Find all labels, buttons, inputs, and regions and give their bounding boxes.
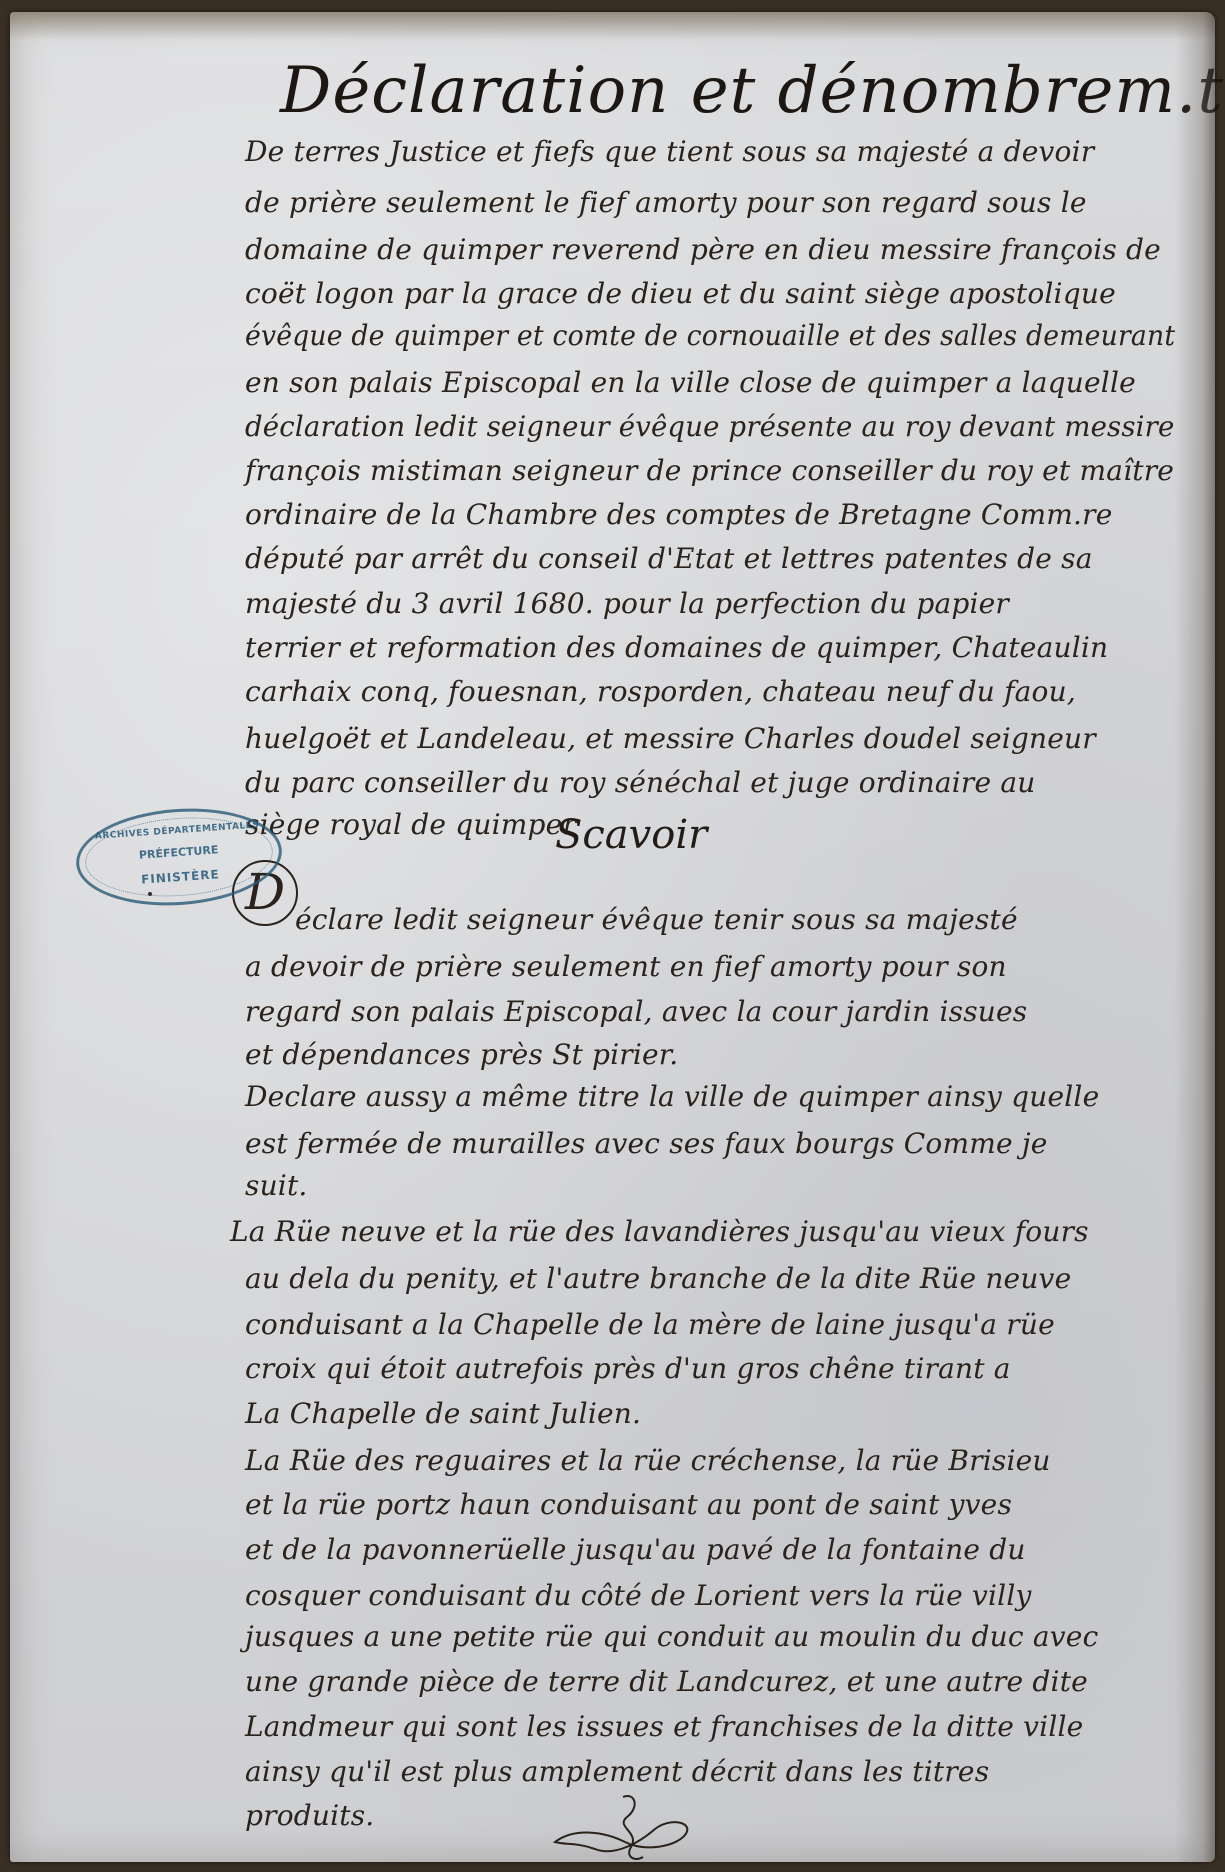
manuscript-line: ainsy qu'il est plus amplement décrit da… — [245, 1755, 989, 1788]
manuscript-line: et de la pavonnerüelle jusqu'au pavé de … — [245, 1533, 1026, 1566]
manuscript-line: produits. — [245, 1799, 374, 1832]
manuscript-line: coët logon par la grace de dieu et du sa… — [245, 277, 1116, 310]
manuscript-line: majesté du 3 avril 1680. pour la perfect… — [245, 587, 1009, 620]
manuscript-line: De terres Justice et fiefs que tient sou… — [245, 135, 1094, 168]
manuscript-line: de prière seulement le fief amorty pour … — [245, 186, 1087, 219]
manuscript-line: La Rüe neuve et la rüe des lavandières j… — [230, 1215, 1089, 1248]
manuscript-line: en son palais Episcopal en la ville clos… — [245, 366, 1136, 399]
manuscript-line: domaine de quimper reverend père en dieu… — [245, 233, 1161, 266]
manuscript-line: siège royal de quimper — [245, 808, 576, 841]
manuscript-line: regard son palais Episcopal, avec la cou… — [245, 995, 1027, 1028]
manuscript-line: évêque de quimper et comte de cornouaill… — [245, 319, 1175, 352]
manuscript-line: Landmeur qui sont les issues et franchis… — [245, 1710, 1083, 1743]
manuscript-line: conduisant a la Chapelle de la mère de l… — [245, 1308, 1055, 1341]
manuscript-line: a devoir de prière seulement en fief amo… — [245, 950, 1007, 983]
manuscript-line: député par arrêt du conseil d'Etat et le… — [245, 542, 1093, 575]
margin-mark — [148, 892, 152, 896]
manuscript-page: Déclaration et dénombrem.t De terres Jus… — [10, 12, 1215, 1862]
signature-flourish-icon — [545, 1787, 705, 1867]
manuscript-line: huelgoët et Landeleau, et messire Charle… — [245, 722, 1096, 755]
manuscript-body: De terres Justice et fiefs que tient sou… — [10, 12, 1215, 1862]
manuscript-line: La Rüe des reguaires et la rüe créchense… — [245, 1444, 1051, 1477]
manuscript-line: éclare ledit seigneur évêque tenir sous … — [295, 903, 1018, 936]
manuscript-line: Declare aussy a même titre la ville de q… — [245, 1080, 1099, 1113]
document-subheading: Scavoir — [555, 812, 707, 858]
manuscript-line: est fermée de murailles avec ses faux bo… — [245, 1127, 1048, 1160]
manuscript-line: terrier et reformation des domaines de q… — [245, 631, 1108, 664]
manuscript-line: et la rüe portz haun conduisant au pont … — [245, 1488, 1012, 1521]
manuscript-line: carhaix conq, fouesnan, rosporden, chate… — [245, 675, 1076, 708]
stamp-line-prefecture: PRÉFECTURE — [78, 839, 278, 866]
manuscript-line: une grande pièce de terre dit Landcurez,… — [245, 1665, 1088, 1698]
stamp-line-finistere: FINISTÈRE — [80, 863, 280, 891]
manuscript-line: cosquer conduisant du côté de Lorient ve… — [245, 1579, 1032, 1612]
manuscript-line: suit. — [245, 1169, 308, 1202]
manuscript-line: au dela du penity, et l'autre branche de… — [245, 1262, 1071, 1295]
manuscript-line: et dépendances près St pirier. — [245, 1038, 678, 1071]
manuscript-line: du parc conseiller du roy sénéchal et ju… — [245, 766, 1036, 799]
manuscript-line: françois mistiman seigneur de prince con… — [245, 454, 1174, 487]
manuscript-line: croix qui étoit autrefois près d'un gros… — [245, 1352, 1011, 1385]
manuscript-line: La Chapelle de saint Julien. — [245, 1397, 641, 1430]
manuscript-line: déclaration ledit seigneur évêque présen… — [245, 410, 1174, 443]
manuscript-line: ordinaire de la Chambre des comptes de B… — [245, 498, 1113, 531]
manuscript-line: jusques a une petite rüe qui conduit au … — [245, 1620, 1098, 1653]
